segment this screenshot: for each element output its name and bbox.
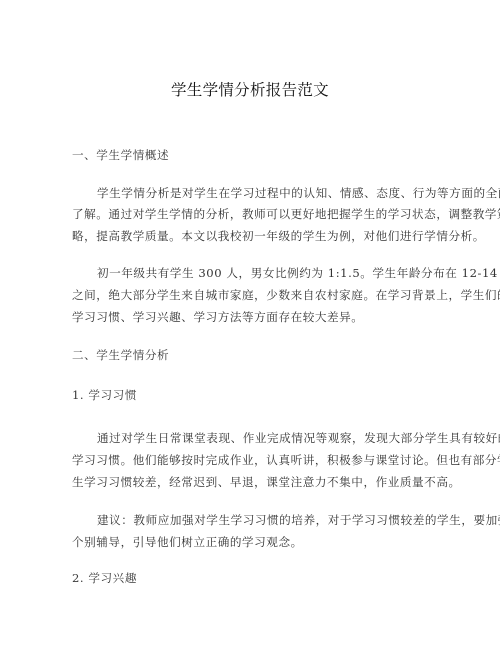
subsection-heading-study-interest: 2. 学习兴趣 [72,571,137,585]
subsection-heading-study-habits: 1. 学习习惯 [72,388,137,402]
paragraph-line: 学习习惯。他们能够按时完成作业，认真听讲，积极参与课堂讨论。但也有部分学 [72,453,500,467]
document-title: 学生学情分析报告范文 [0,78,500,100]
section-heading-overview: 一、学生学情概述 [72,148,169,162]
paragraph-line: 了解。通过对学生学情的分析，教师可以更好地把握学生的学习状态，调整教学策 [72,207,500,221]
paragraph-line: 个别辅导，引导他们树立正确的学习观念。 [72,535,303,549]
document-page: 学生学情分析报告范文 一、学生学情概述 学生学情分析是对学生在学习过程中的认知、… [0,0,500,647]
paragraph-line: 学习习惯、学习兴趣、学习方法等方面存在较大差异。 [72,310,363,324]
paragraph-line: 学生学情分析是对学生在学习过程中的认知、情感、态度、行为等方面的全面 [97,186,500,200]
paragraph-line: 建议：教师应加强对学生学习习惯的培养，对于学习习惯较差的学生，要加强 [97,513,500,527]
paragraph-line: 初一年级共有学生 300 人，男女比例约为 1:1.5。学生年龄分布在 12-1… [97,266,500,280]
paragraph-line: 之间，绝大部分学生来自城市家庭，少数来自农村家庭。在学习背景上，学生们的 [72,288,500,302]
section-heading-analysis: 二、学生学情分析 [72,348,169,362]
paragraph-line: 通过对学生日常课堂表现、作业完成情况等观察，发现大部分学生具有较好的 [97,431,500,445]
paragraph-line: 生学习习惯较差，经常迟到、早退，课堂注意力不集中，作业质量不高。 [72,475,461,489]
paragraph-line: 略，提高教学质量。本文以我校初一年级的学生为例，对他们进行学情分析。 [72,229,485,243]
